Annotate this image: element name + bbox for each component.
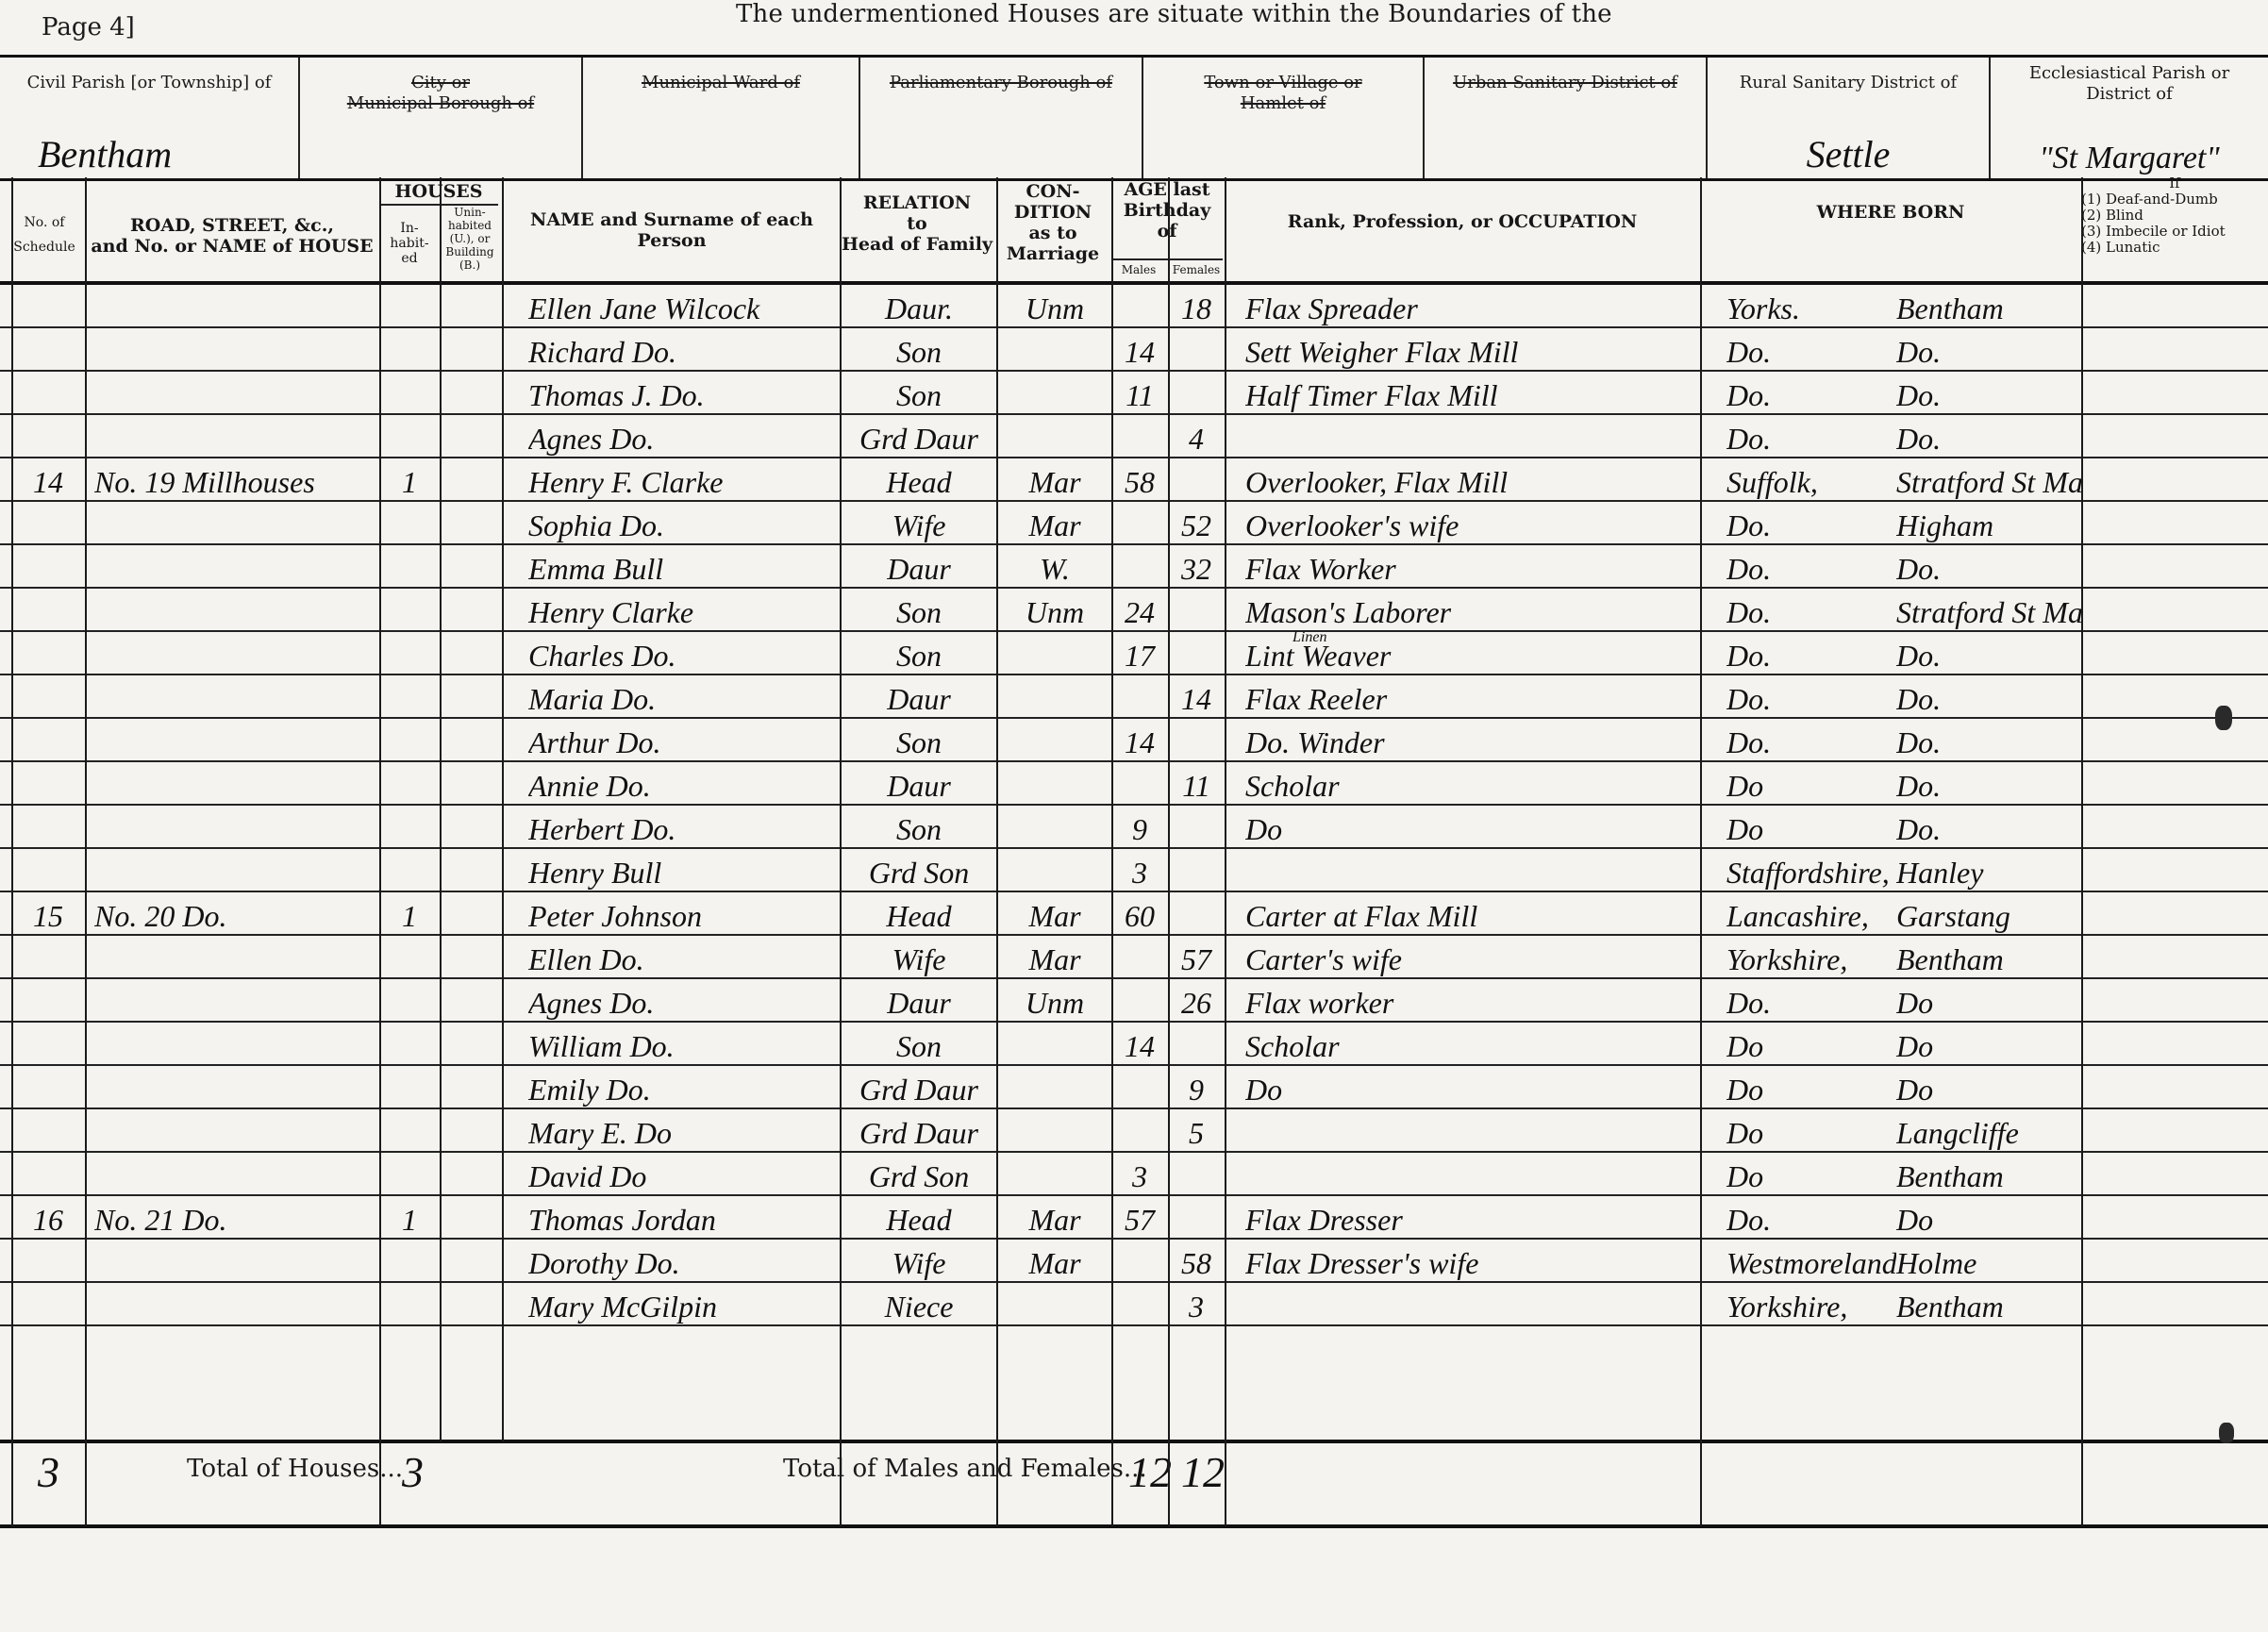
municipal-ward-label: Municipal Ward of [583,73,859,93]
row-rule [0,934,2268,936]
relation-cell: Niece [843,1285,994,1328]
occupation-cell: Do [1245,1068,1698,1111]
urban-sanitary-label: Urban Sanitary District of [1425,73,1706,93]
age-females-cell: 4 [1170,417,1223,460]
born-county-cell: Do [1726,764,1896,808]
name-cell: Maria Do. [528,677,838,721]
occupation-cell: Flax Reeler [1245,677,1698,721]
age-males-cell: 14 [1113,721,1166,764]
row-rule [0,1064,2268,1066]
age-females-cell: 14 [1170,677,1223,721]
name-cell: Henry F. Clarke [528,460,838,504]
age-females-cell [1170,894,1223,938]
row-rule [0,674,2268,675]
schedule-cell [15,330,81,374]
age-females-cell: 32 [1170,547,1223,591]
town-village-cell: Town or Village or Hamlet of [1143,58,1425,178]
row-rule [0,1021,2268,1023]
born-county-cell: Do. [1726,721,1896,764]
inhabited-cell [381,677,438,721]
header-occupation: Rank, Profession, or OCCUPATION [1226,211,1698,232]
born-place-cell: Do. [1896,721,2081,764]
born-county-cell: Do. [1726,1198,1896,1241]
boundaries-strip: Civil Parish [or Township] of Bentham Ci… [0,55,2268,181]
total-persons-label: Total of Males and Females... [783,1455,1147,1483]
occupation-cell: Overlooker's wife [1245,504,1698,547]
name-cell: Peter Johnson [528,894,838,938]
road-cell [94,1024,377,1068]
relation-cell: Grd Son [843,1155,994,1198]
born-place-cell: Do. [1896,764,2081,808]
header-bottom-rule [0,281,2268,285]
road-cell [94,591,377,634]
row-rule [0,1151,2268,1153]
age-females-cell [1170,1198,1223,1241]
road-cell [94,1285,377,1328]
schedule-cell [15,677,81,721]
relation-cell: Daur [843,547,994,591]
inhabited-cell: 1 [381,894,438,938]
inhabited-cell [381,938,438,981]
condition-cell: W. [1000,547,1109,591]
relation-cell: Grd Daur [843,417,994,460]
header-uninhabited-1: Unin- [440,206,500,219]
name-cell: Henry Bull [528,851,838,894]
age-females-cell: 26 [1170,981,1223,1024]
header-where-born: WHERE BORN [1702,202,2079,223]
header-road-1: ROAD, STREET, &c., [87,215,377,236]
age-males-cell: 3 [1113,1155,1166,1198]
road-cell [94,1111,377,1155]
header-inhabited-3: ed [381,251,438,266]
born-county-cell: Do. [1726,981,1896,1024]
ink-blot [2219,1423,2234,1443]
header-age-1: AGE last [1111,179,1223,200]
name-cell: Mary McGilpin [528,1285,838,1328]
inhabited-cell [381,330,438,374]
name-cell: William Do. [528,1024,838,1068]
column-rule [1168,177,1170,1526]
schedule-cell [15,721,81,764]
totals-top-rule [0,1440,2268,1443]
relation-cell: Grd Son [843,851,994,894]
age-males-cell: 14 [1113,330,1166,374]
road-cell: No. 20 Do. [94,894,377,938]
age-males-cell [1113,1111,1166,1155]
column-rule [379,177,381,1526]
relation-cell: Wife [843,504,994,547]
column-rule [440,177,442,1441]
inhabited-cell [381,851,438,894]
schedule-cell [15,374,81,417]
total-houses-label: Total of Houses... [187,1455,403,1483]
header-uninhabited-5: (B.) [440,258,500,272]
municipal-borough-label-1: City or [300,73,581,93]
relation-cell: Son [843,374,994,417]
town-village-label-1: Town or Village or [1143,73,1423,93]
born-place-cell: Bentham [1896,938,2081,981]
occupation-cell: Flax Worker [1245,547,1698,591]
schedule-cell [15,1068,81,1111]
name-cell: Ellen Jane Wilcock [528,287,838,330]
header-name: NAME and Surname of each Person [506,209,838,251]
header-condition-2: DITION [996,202,1109,223]
born-place-cell: Do [1896,1198,2081,1241]
header-houses: HOUSES [379,181,498,202]
road-cell [94,634,377,677]
relation-cell: Wife [843,1241,994,1285]
age-males-cell: 24 [1113,591,1166,634]
ink-blot [2215,706,2232,730]
born-place-cell: Do. [1896,808,2081,851]
census-table: No. of Schedule ROAD, STREET, &c., and N… [0,177,2268,1611]
relation-cell: Head [843,894,994,938]
column-rule [1111,177,1113,1526]
row-rule [0,760,2268,762]
born-place-cell: Do. [1896,677,2081,721]
age-males-cell: 60 [1113,894,1166,938]
page-label: Page 4] [42,13,135,42]
inhabited-cell [381,808,438,851]
relation-cell: Head [843,1198,994,1241]
header-schedule-1: No. of [6,215,83,230]
header-relation-1: RELATION [840,192,994,213]
occupation-cell: Overlooker, Flax Mill [1245,460,1698,504]
occupation-cell: Scholar [1245,1024,1698,1068]
header-uninhabited-4: Building [440,245,500,258]
header-schedule-2: Schedule [6,240,83,255]
total-schedules: 3 [38,1447,59,1497]
ecclesiastical-value: "St Margaret" [2000,141,2259,176]
occupation-cell: Do. Winder [1245,721,1698,764]
inhabited-cell [381,764,438,808]
name-cell: Thomas Jordan [528,1198,838,1241]
occupation-cell: Carter at Flax Mill [1245,894,1698,938]
road-cell [94,1155,377,1198]
row-rule [0,1194,2268,1196]
age-males-cell [1113,1068,1166,1111]
born-place-cell: Bentham [1896,1155,2081,1198]
condition-cell [1000,1155,1109,1198]
occupation-cell: Scholar [1245,764,1698,808]
inhabited-cell [381,981,438,1024]
born-county-cell: Do. [1726,417,1896,460]
inhabited-cell [381,504,438,547]
inhabited-cell [381,1111,438,1155]
ecclesiastical-label-1: Ecclesiastical Parish or [1991,63,2268,84]
road-cell: No. 19 Millhouses [94,460,377,504]
occupation-cell [1245,851,1698,894]
occupation-cell: Mason's Laborer [1245,591,1698,634]
condition-cell [1000,417,1109,460]
row-rule [0,1281,2268,1283]
born-county-cell: Do. [1726,677,1896,721]
born-place-cell: Do. [1896,417,2081,460]
name-cell: Dorothy Do. [528,1241,838,1285]
born-county-cell: Yorks. [1726,287,1896,330]
header-relation: RELATION to Head of Family [840,192,994,255]
municipal-ward-cell: Municipal Ward of [583,58,860,178]
header-road: ROAD, STREET, &c., and No. or NAME of HO… [87,215,377,257]
inhabited-cell [381,1024,438,1068]
total-females-value: 12 [1181,1447,1225,1497]
row-rule [0,630,2268,632]
schedule-cell [15,504,81,547]
condition-cell [1000,374,1109,417]
header-infirmity-4: (4) Lunatic [2081,240,2268,256]
age-females-cell: 9 [1170,1068,1223,1111]
row-rule [0,847,2268,849]
occupation-cell [1245,1155,1698,1198]
row-rule [0,977,2268,979]
municipal-borough-label-2: Municipal Borough of [300,93,581,114]
parliamentary-borough-label: Parliamentary Borough of [860,73,1142,93]
rural-sanitary-cell: Rural Sanitary District of Settle [1708,58,1991,178]
schedule-cell [15,1111,81,1155]
age-males-cell [1113,1241,1166,1285]
condition-cell: Mar [1000,1198,1109,1241]
row-rule [0,543,2268,545]
header-age-females: Females [1168,262,1225,277]
condition-cell: Mar [1000,1241,1109,1285]
header-uninhabited: Unin- habited (U.), or Building (B.) [440,206,500,272]
condition-cell [1000,1068,1109,1111]
header-infirmity-if: If [2081,175,2268,192]
inhabited-cell [381,1155,438,1198]
row-rule [0,804,2268,806]
condition-cell [1000,677,1109,721]
header-inhabited-1: In- [381,221,438,236]
road-cell [94,808,377,851]
age-males-cell [1113,287,1166,330]
age-females-cell: 3 [1170,1285,1223,1328]
condition-cell: Mar [1000,460,1109,504]
age-males-cell [1113,504,1166,547]
age-males-cell: 9 [1113,808,1166,851]
town-village-label-2: Hamlet of [1143,93,1423,114]
schedule-cell: 16 [15,1198,81,1241]
municipal-borough-label: City or Municipal Borough of [300,73,581,114]
schedule-cell [15,764,81,808]
condition-cell: Unm [1000,981,1109,1024]
condition-cell [1000,851,1109,894]
ecclesiastical-label: Ecclesiastical Parish or District of [1991,63,2268,105]
schedule-cell [15,1155,81,1198]
row-rule [0,326,2268,328]
relation-cell: Wife [843,938,994,981]
born-county-cell: Do. [1726,591,1896,634]
column-rule [840,177,842,1526]
relation-cell: Daur. [843,287,994,330]
column-rule [2081,177,2083,1526]
age-males-cell [1113,1285,1166,1328]
name-cell: Ellen Do. [528,938,838,981]
header-infirmity-3: (3) Imbecile or Idiot [2081,224,2268,240]
name-cell: Charles Do. [528,634,838,677]
name-cell: Herbert Do. [528,808,838,851]
header-condition-3: as to [996,223,1109,243]
born-place-cell: Do [1896,1068,2081,1111]
occupation-cell: Half Timer Flax Mill [1245,374,1698,417]
name-cell: David Do [528,1155,838,1198]
document-title: The undermentioned Houses are situate wi… [736,0,1612,28]
relation-cell: Son [843,808,994,851]
road-cell [94,938,377,981]
total-houses-value: 3 [402,1447,424,1497]
born-place-cell: Bentham [1896,1285,2081,1328]
age-males-cell: 11 [1113,374,1166,417]
age-females-cell: 57 [1170,938,1223,981]
age-females-cell: 11 [1170,764,1223,808]
header-relation-2: to [840,213,994,234]
schedule-cell [15,938,81,981]
age-males-cell [1113,981,1166,1024]
road-cell [94,721,377,764]
town-village-label: Town or Village or Hamlet of [1143,73,1423,114]
schedule-cell [15,1285,81,1328]
inhabited-cell [381,1241,438,1285]
relation-cell: Son [843,591,994,634]
civil-parish-label: Civil Parish [or Township] of [0,73,298,93]
born-place-cell: Holme [1896,1241,2081,1285]
header-uninhabited-2: habited [440,219,500,232]
row-rule [0,1324,2268,1326]
born-county-cell: Westmoreland, [1726,1241,1896,1285]
row-rule [0,587,2268,589]
census-page: Page 4] The undermentioned Houses are si… [0,0,2268,1632]
age-females-cell [1170,634,1223,677]
schedule-cell: 14 [15,460,81,504]
born-county-cell: Do [1726,1111,1896,1155]
occupation-cell [1245,417,1698,460]
inhabited-cell [381,634,438,677]
condition-cell: Mar [1000,504,1109,547]
born-county-cell: Yorkshire, [1726,938,1896,981]
relation-cell: Son [843,330,994,374]
relation-cell: Daur [843,677,994,721]
age-males-cell: 14 [1113,1024,1166,1068]
inhabited-cell [381,374,438,417]
born-county-cell: Suffolk, [1726,460,1896,504]
age-females-cell [1170,808,1223,851]
road-cell [94,417,377,460]
name-cell: Annie Do. [528,764,838,808]
row-rule [0,457,2268,458]
header-infirmity: If (1) Deaf-and-Dumb (2) Blind (3) Imbec… [2081,175,2268,256]
totals-bottom-rule [0,1524,2268,1528]
name-cell: Sophia Do. [528,504,838,547]
born-county-cell: Do [1726,808,1896,851]
name-cell: Mary E. Do [528,1111,838,1155]
inhabited-cell [381,287,438,330]
road-cell [94,851,377,894]
schedule-cell [15,1024,81,1068]
age-males-cell [1113,764,1166,808]
occupation-cell: Sett Weigher Flax Mill [1245,330,1698,374]
name-cell: Emma Bull [528,547,838,591]
header-road-2: and No. or NAME of HOUSE [87,236,377,257]
condition-cell [1000,634,1109,677]
condition-cell [1000,1111,1109,1155]
relation-cell: Daur [843,764,994,808]
born-place-cell: Hanley [1896,851,2081,894]
born-place-cell: Garstang [1896,894,2081,938]
relation-cell: Daur [843,981,994,1024]
header-inhabited-2: habit- [381,236,438,251]
ecclesiastical-label-2: District of [1991,84,2268,105]
age-males-cell [1113,677,1166,721]
occupation-cell: Flax Spreader [1245,287,1698,330]
condition-cell: Unm [1000,287,1109,330]
row-rule [0,717,2268,719]
relation-cell: Grd Daur [843,1068,994,1111]
road-cell [94,287,377,330]
age-females-cell [1170,374,1223,417]
born-county-cell: Do [1726,1155,1896,1198]
inhabited-cell: 1 [381,1198,438,1241]
condition-cell [1000,808,1109,851]
born-place-cell: Stratford St Mary [1896,591,2081,634]
road-cell: No. 21 Do. [94,1198,377,1241]
column-rule [11,177,13,1526]
header-name-1: NAME and Surname of each [506,209,838,230]
age-males-cell [1113,938,1166,981]
row-rule [0,500,2268,502]
age-females-cell [1170,1024,1223,1068]
inhabited-cell [381,547,438,591]
relation-cell: Head [843,460,994,504]
column-rule [996,177,998,1526]
condition-cell [1000,1285,1109,1328]
schedule-cell [15,1241,81,1285]
civil-parish-value: Bentham [38,132,289,176]
schedule-cell [15,981,81,1024]
schedule-cell [15,417,81,460]
condition-cell: Mar [1000,894,1109,938]
inhabited-cell: 1 [381,460,438,504]
age-females-cell [1170,1155,1223,1198]
inhabited-cell [381,721,438,764]
occupation-correction-note: Linen [1292,630,1368,645]
condition-cell: Mar [1000,938,1109,981]
born-place-cell: Bentham [1896,287,2081,330]
born-place-cell: Do. [1896,330,2081,374]
parliamentary-borough-cell: Parliamentary Borough of [860,58,1143,178]
row-rule [0,1238,2268,1240]
born-county-cell: Do. [1726,374,1896,417]
road-cell [94,764,377,808]
inhabited-cell [381,591,438,634]
name-cell: Agnes Do. [528,981,838,1024]
age-males-cell [1113,417,1166,460]
row-rule [0,370,2268,372]
born-county-cell: Yorkshire, [1726,1285,1896,1328]
name-cell: Agnes Do. [528,417,838,460]
relation-cell: Son [843,634,994,677]
row-rule [0,413,2268,415]
born-county-cell: Lancashire, [1726,894,1896,938]
born-place-cell: Do [1896,1024,2081,1068]
occupation-cell [1245,1111,1698,1155]
born-county-cell: Staffordshire, [1726,851,1896,894]
column-rule [85,177,87,1526]
road-cell [94,677,377,721]
age-females-cell [1170,851,1223,894]
born-county-cell: Do. [1726,634,1896,677]
age-females-cell: 52 [1170,504,1223,547]
header-age: AGE last Birthday of [1111,179,1223,241]
ecclesiastical-cell: Ecclesiastical Parish or District of "St… [1991,58,2268,178]
